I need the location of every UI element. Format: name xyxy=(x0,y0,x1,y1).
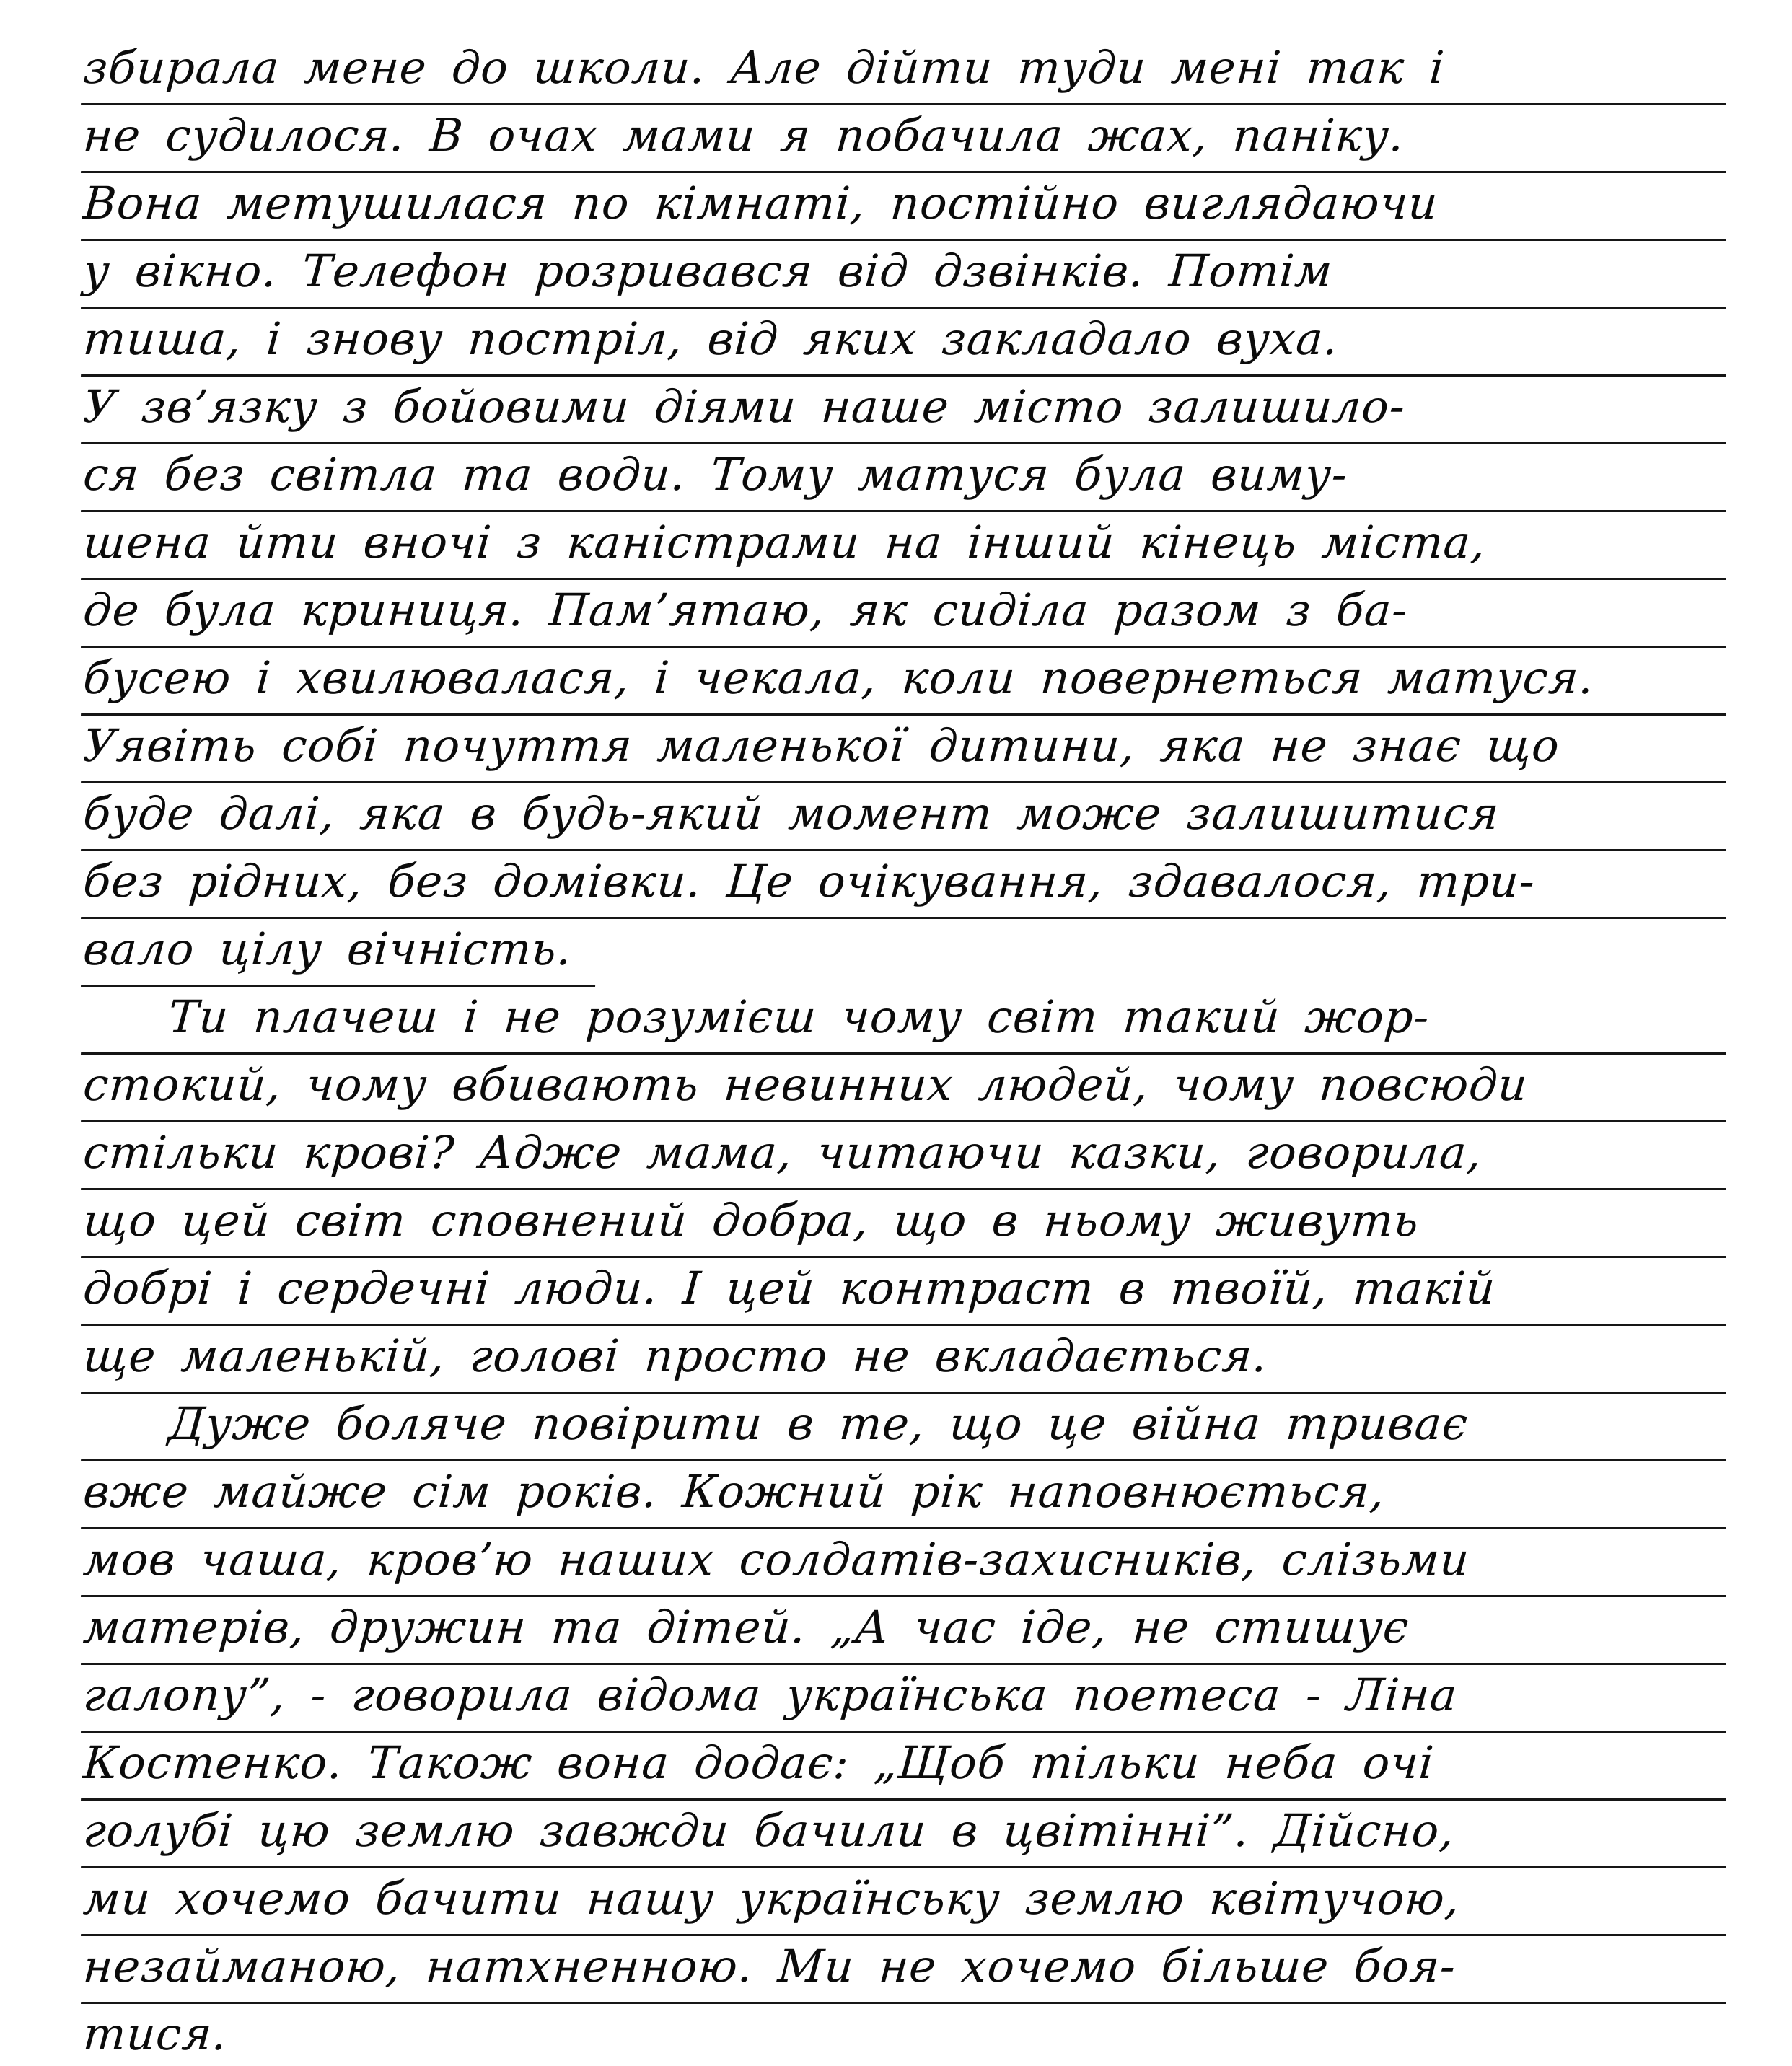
handwritten-line: галопу”, - говорила відома українська по… xyxy=(81,1665,1731,1733)
scanned-handwritten-page: збирала мене до школи. Але дійти туди ме… xyxy=(0,0,1792,2066)
handwritten-line: ся без світла та води. Тому матуся була … xyxy=(81,444,1731,512)
handwritten-line: бусею і хвилювалася, і чекала, коли пове… xyxy=(81,648,1731,716)
handwritten-line: не судилося. В очах мами я побачила жах,… xyxy=(81,105,1731,173)
handwritten-line: стокий, чому вбивають невинних людей, чо… xyxy=(81,1055,1731,1122)
handwritten-line: де була криниця. Пам’ятаю, як сиділа раз… xyxy=(81,580,1731,648)
handwritten-line: у вікно. Телефон розривався від дзвінків… xyxy=(81,241,1731,309)
handwritten-line: У зв’язку з бойовими діями наше місто за… xyxy=(81,377,1731,444)
handwritten-line: стільки крові? Адже мама, читаючи казки,… xyxy=(81,1122,1731,1190)
handwritten-line: вже майже сім років. Кожний рік наповнює… xyxy=(81,1461,1731,1529)
handwritten-line: буде далі, яка в будь-який момент може з… xyxy=(81,783,1731,851)
handwritten-line: Уявіть собі почуття маленької дитини, як… xyxy=(81,716,1731,783)
handwritten-line: ще маленькій, голові просто не вкладаєть… xyxy=(81,1326,1731,1394)
handwritten-line: добрі і сердечні люди. І цей контраст в … xyxy=(81,1258,1731,1326)
handwritten-line: ми хочемо бачити нашу українську землю к… xyxy=(81,1868,1731,1936)
handwritten-text-block: збирала мене до школи. Але дійти туди ме… xyxy=(81,38,1726,2066)
handwritten-line: Вона метушилася по кімнаті, постійно виг… xyxy=(81,173,1731,241)
handwritten-line: Костенко. Також вона додає: „Щоб тільки … xyxy=(81,1733,1731,1801)
handwritten-line: матерів, дружин та дітей. „А час іде, не… xyxy=(81,1597,1731,1665)
handwritten-line: шена йти вночі з каністрами на інший кін… xyxy=(81,512,1731,580)
handwritten-line: тиша, і знову постріл, від яких закладал… xyxy=(81,309,1731,377)
handwritten-line: незайманою, натхненною. Ми не хочемо біл… xyxy=(81,1936,1731,2004)
handwritten-line: мов чаша, кров’ю наших солдатів-захисник… xyxy=(81,1529,1731,1597)
handwritten-line: голубі цю землю завжди бачили в цвітінні… xyxy=(81,1801,1731,1868)
handwritten-line-paragraph-start: Дуже боляче повірити в те, що це війна т… xyxy=(81,1394,1731,1461)
handwritten-line: без рідних, без домівки. Це очікування, … xyxy=(81,851,1731,919)
handwritten-line: збирала мене до школи. Але дійти туди ме… xyxy=(81,38,1731,105)
handwritten-line: що цей світ сповнений добра, що в ньому … xyxy=(81,1190,1731,1258)
handwritten-line: вало цілу вічність. xyxy=(81,919,600,987)
handwritten-line-last: тися. xyxy=(81,2004,1428,2066)
handwritten-line-paragraph-start: Ти плачеш і не розумієш чому світ такий … xyxy=(81,987,1731,1055)
